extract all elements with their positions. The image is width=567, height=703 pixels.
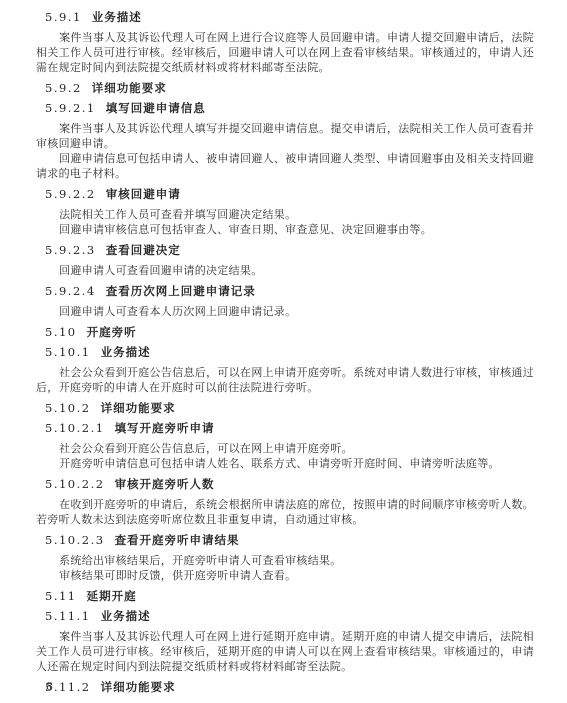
section-title: 填写开庭旁听申请 (115, 421, 215, 435)
section-number: 5.10.2.3 (45, 533, 105, 547)
section-heading-5-10-2-1: 5.10.2.1填写开庭旁听申请 (45, 421, 534, 435)
paragraph: 社会公众看到开庭公告信息后，可以在网上申请开庭旁听。 (36, 441, 534, 456)
section-title: 详细功能要求 (101, 680, 176, 694)
paragraph: 案件当事人及其诉讼代理人可在网上进行延期开庭申请。延期开庭的申请人提交申请后，法… (36, 629, 534, 674)
section-number: 5.10 (45, 325, 77, 339)
paragraph: 开庭旁听申请信息可包括申请人姓名、联系方式、申请旁听开庭时间、申请旁听法庭等。 (36, 456, 534, 471)
document-page: 5.9.1业务描述案件当事人及其诉讼代理人可在网上进行合议庭等人员回避申请。申请… (0, 0, 567, 703)
section-title: 延期开庭 (87, 589, 137, 603)
section-heading-5-10-2-3: 5.10.2.3查看开庭旁听申请结果 (45, 533, 534, 547)
paragraph: 回避申请人可查看本人历次网上回避申请记录。 (36, 304, 534, 319)
section-number: 5.9.2.2 (45, 187, 96, 201)
paragraph: 社会公众看到开庭公告信息后，可以在网上申请开庭旁听。系统对申请人数进行审核，审核… (36, 365, 534, 395)
section-number: 5.10.2 (45, 401, 91, 415)
document-content: 5.9.1业务描述案件当事人及其诉讼代理人可在网上进行合议庭等人员回避申请。申请… (36, 10, 534, 694)
section-title: 填写回避申请信息 (106, 101, 206, 115)
section-title: 业务描述 (101, 609, 151, 623)
section-number: 5.9.1 (45, 10, 82, 24)
section-number: 5.9.2 (45, 81, 82, 95)
section-heading-5-11-2: 5.11.2详细功能要求 (45, 680, 534, 694)
section-heading-5-10-1: 5.10.1业务描述 (45, 345, 534, 359)
paragraph: 审核结果可即时反馈，供开庭旁听申请人查看。 (36, 568, 534, 583)
paragraph: 案件当事人及其诉讼代理人可在网上进行合议庭等人员回避申请。申请人提交回避申请后，… (36, 30, 534, 75)
section-heading-5-9-2-1: 5.9.2.1填写回避申请信息 (45, 101, 534, 115)
section-heading-5-9-1: 5.9.1业务描述 (45, 10, 534, 24)
section-title: 详细功能要求 (101, 401, 176, 415)
paragraph: 系统给出审核结果后，开庭旁听申请人可查看审核结果。 (36, 553, 534, 568)
section-heading-5-10-2: 5.10.2详细功能要求 (45, 401, 534, 415)
section-heading-5-11: 5.11延期开庭 (45, 589, 534, 603)
section-title: 业务描述 (92, 10, 142, 24)
section-heading-5-9-2-3: 5.9.2.3查看回避决定 (45, 243, 534, 257)
section-title: 查看开庭旁听申请结果 (115, 533, 240, 547)
paragraph: 回避申请信息可包括申请人、被申请回避人、被申请回避人类型、申请回避事由及相关支持… (36, 151, 534, 181)
section-number: 5.11.1 (45, 609, 91, 623)
section-number: 5.10.2.1 (45, 421, 105, 435)
section-number: 5.9.2.3 (45, 243, 96, 257)
paragraph: 法院相关工作人员可查看并填写回避决定结果。 (36, 207, 534, 222)
section-heading-5-10: 5.10开庭旁听 (45, 325, 534, 339)
paragraph: 回避申请审核信息可包括审查人、审查日期、审查意见、决定回避事由等。 (36, 222, 534, 237)
paragraph: 在收到开庭旁听的申请后，系统会根据所申请法庭的席位，按照申请的时间顺序审核旁听人… (36, 497, 534, 527)
paragraph: 回避申请人可查看回避申请的决定结果。 (36, 263, 534, 278)
page-number: 8 (46, 679, 53, 694)
section-number: 5.10.2.2 (45, 477, 105, 491)
section-number: 5.9.2.4 (45, 284, 96, 298)
section-heading-5-11-1: 5.11.1业务描述 (45, 609, 534, 623)
section-title: 查看回避决定 (106, 243, 181, 257)
section-number: 5.9.2.1 (45, 101, 96, 115)
section-number: 5.11 (45, 589, 77, 603)
paragraph: 案件当事人及其诉讼代理人填写并提交回避申请信息。提交申请后，法院相关工作人员可查… (36, 121, 534, 151)
section-title: 详细功能要求 (92, 81, 167, 95)
section-heading-5-9-2-2: 5.9.2.2审核回避申请 (45, 187, 534, 201)
section-heading-5-10-2-2: 5.10.2.2审核开庭旁听人数 (45, 477, 534, 491)
section-heading-5-9-2-4: 5.9.2.4查看历次网上回避申请记录 (45, 284, 534, 298)
section-title: 审核回避申请 (106, 187, 181, 201)
section-number: 5.10.1 (45, 345, 91, 359)
section-title: 业务描述 (101, 345, 151, 359)
section-title: 开庭旁听 (87, 325, 137, 339)
section-heading-5-9-2: 5.9.2详细功能要求 (45, 81, 534, 95)
section-title: 查看历次网上回避申请记录 (106, 284, 256, 298)
section-title: 审核开庭旁听人数 (115, 477, 215, 491)
